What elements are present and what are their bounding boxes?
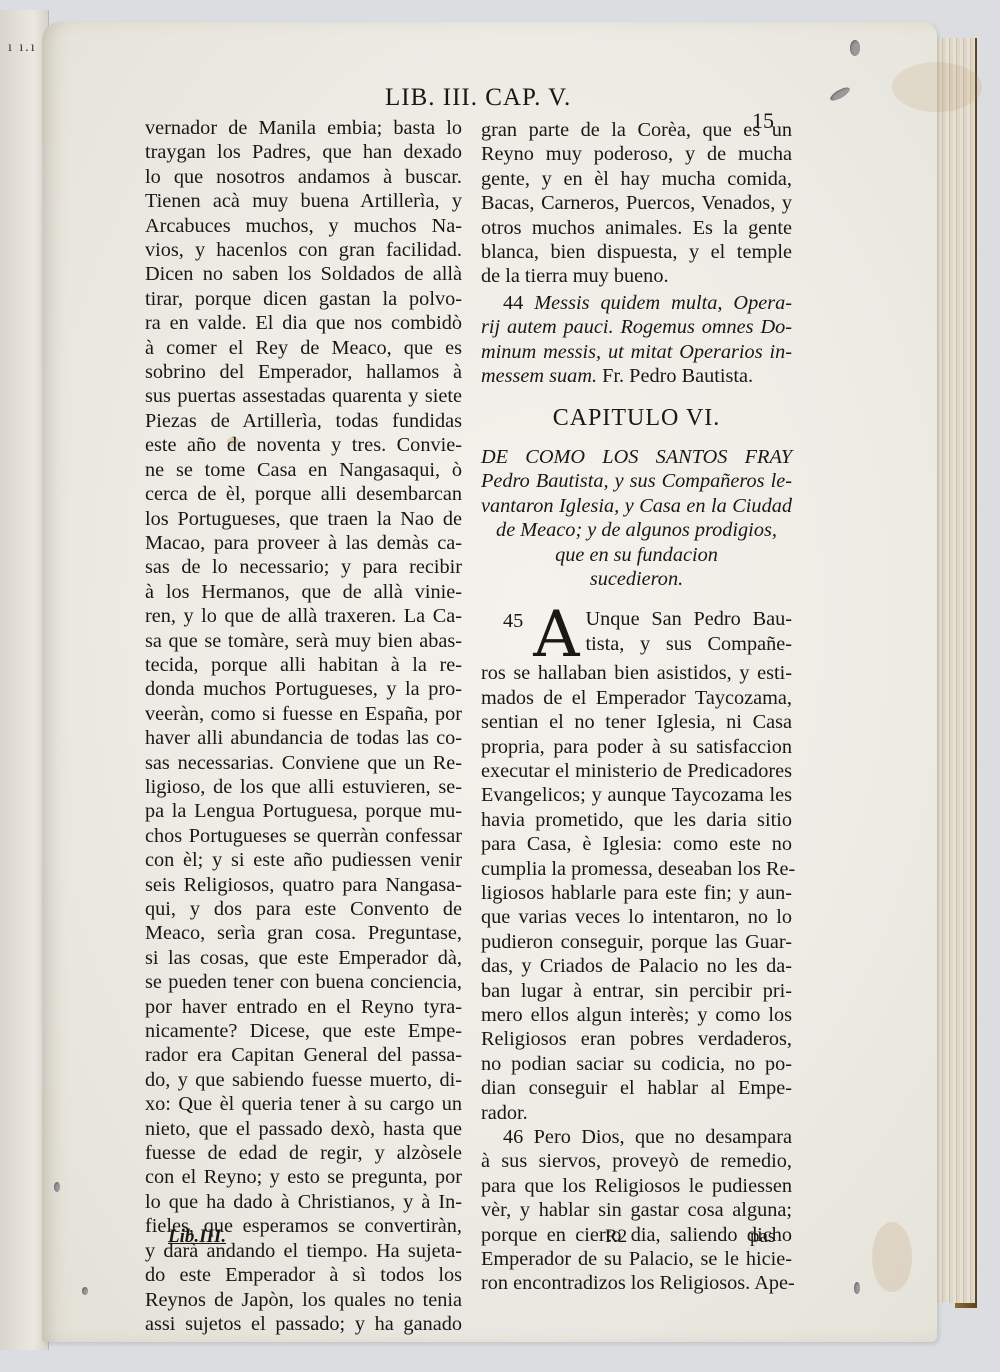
- text-line: propria, para poder à su satisfaccion: [481, 735, 792, 759]
- text-line: das, y Criados de Palacio no les da-: [481, 954, 792, 978]
- wormhole: [828, 85, 851, 103]
- text-line: por haver entrado en el Reyno tyra-: [145, 995, 462, 1019]
- wormhole: [854, 1282, 860, 1294]
- text-line: dian conseguir el hablar al Empe-: [481, 1076, 792, 1100]
- text-line: blanca, bien dispuesta, y el temple: [481, 240, 792, 264]
- wormhole: [54, 1182, 60, 1192]
- text-line: donda muchos Portugueses, y la pro-: [145, 677, 462, 701]
- text-line: Dicen no saben los Soldados de allà: [145, 262, 462, 286]
- text-line: Reynos de Japòn, los quales no tenia: [145, 1288, 462, 1312]
- text-line: de la tierra muy bueno.: [481, 264, 792, 288]
- text-line: chos Portugueses se querràn confessar: [145, 824, 462, 848]
- text-line: sus puertas assestadas quarenta y siete: [145, 384, 462, 408]
- text-line: haver alli abundancia de todas las co-: [145, 726, 462, 750]
- text-line: sas necessarias. Conviene que un Re-: [145, 751, 462, 775]
- dropcap-block: 45 A Unque San Pedro Bau- tista, y sus C…: [481, 607, 792, 661]
- text-line: Emperador de su Palacio, se le hicie-: [481, 1247, 792, 1271]
- text-line: tirar, porque dicen gastan la polvo-: [145, 287, 462, 311]
- text-line: Bacas, Carneros, Puercos, Venados, y: [481, 191, 792, 215]
- wormhole: [850, 40, 860, 56]
- text-line: cerca de èl, porque alli desembarcan: [145, 482, 462, 506]
- text-line: mados de el Emperador Taycozama,: [481, 686, 792, 710]
- left-column: vernador de Manila embia; basta lotrayga…: [145, 116, 462, 1336]
- text-line: ren, y lo que de allà traxeren. La Ca-: [145, 604, 462, 628]
- text-line: rador era Capitan General del passa-: [145, 1043, 462, 1067]
- text-line: sa que se tomàre, serà muy bien abas-: [145, 629, 462, 653]
- text-line: ra en valde. El dia que nos combidò: [145, 311, 462, 335]
- text-line: nieto, que el passado dexò, hasta que: [145, 1117, 462, 1141]
- text-line: lo que nosotros andamos à buscar.: [145, 165, 462, 189]
- text-line: rador.: [481, 1101, 792, 1125]
- text-line: seis Religiosos, quatro para Nangasa-: [145, 873, 462, 897]
- text-line: vernador de Manila embia; basta lo: [145, 116, 462, 140]
- text-line: para que los Religiosos le pudiessen: [481, 1174, 792, 1198]
- text-line: sucedieron.: [481, 567, 792, 591]
- text-line: gente, y en èl hay mucha comida,: [481, 167, 792, 191]
- text-line: do, y que sabiendo fuesse muerto, di-: [145, 1068, 462, 1092]
- footer-signature: R2: [605, 1226, 627, 1248]
- chapter-summary: DE COMO LOS SANTOS FRAYPedro Bautista, y…: [481, 445, 792, 591]
- text-line: Reyno muy poderoso, y de mucha: [481, 142, 792, 166]
- para45-body: ros se hallaban bien asistidos, y esti-m…: [481, 661, 792, 1125]
- text-line: ne se tome Casa en Nangasaqui, ò: [145, 458, 462, 482]
- text-line: se pueden tener con buena conciencia,: [145, 970, 462, 994]
- text-line: à sus siervos, proveyò de remedio,: [481, 1149, 792, 1173]
- footer-catchword: pas: [750, 1226, 775, 1248]
- paragraph-46: 46 Pero Dios, que no desampara à sus sie…: [481, 1125, 792, 1296]
- text-line: vèr, y hablar sin gastar cosa alguna;: [481, 1198, 792, 1222]
- text-line: Evangelicos; y aunque Taycozama les: [481, 783, 792, 807]
- para46-body: à sus siervos, proveyò de remedio,para q…: [481, 1149, 792, 1295]
- text-line: à los Hermanos, que de allà vinie-: [145, 580, 462, 604]
- text-line: pudieron conseguir, porque las Guar-: [481, 930, 792, 954]
- text-line: qui, y dos para este Convento de: [145, 897, 462, 921]
- text-line: xo: Que èl queria tener à su cargo un: [145, 1092, 462, 1116]
- text-line: assi sujetos el passado; y ha ganado: [145, 1312, 462, 1336]
- text-line: los Portugueses, que traen la Nao de: [145, 507, 462, 531]
- text-line: havia prometido, que les daria sitio: [481, 808, 792, 832]
- text-line: otros muchos animales. Es la gente: [481, 216, 792, 240]
- text-line: ban lugar à entrar, sin percibir pri-: [481, 979, 792, 1003]
- intro-paragraph: gran parte de la Corèa, que es unReyno m…: [481, 118, 792, 289]
- text-line: do este Emperador à sì todos los: [145, 1263, 462, 1287]
- text-line: este año de noventa y tres. Convie-: [145, 433, 462, 457]
- text-line: Piezas de Artillerìa, todas fundidas: [145, 409, 462, 433]
- text-line: vantaron Iglesia, y Casa en la Ciudad: [481, 494, 792, 518]
- paragraph-44: 44 Messis quidem multa, Opera- rij autem…: [481, 291, 792, 389]
- footer-book-mark: Lib.III.: [168, 1226, 226, 1248]
- text-line: sas de lo necessario; y para recibir: [145, 555, 462, 579]
- text-line: Pedro Bautista, y sus Compañeros le-: [481, 469, 792, 493]
- para44-line-1: 44 Messis quidem multa, Opera-: [481, 291, 792, 315]
- text-line: mero ellos algun interès; y como los: [481, 1003, 792, 1027]
- para44-line: messem suam. Fr. Pedro Bautista.: [481, 364, 792, 388]
- wormhole: [82, 1287, 88, 1295]
- text-line: Macao, para proveer à las demàs ca-: [145, 531, 462, 555]
- para44-line: minum messis, ut mitat Operarios in-: [481, 340, 792, 364]
- text-line: Tienen acà muy buena Artillerìa, y: [145, 189, 462, 213]
- text-line: ligiosos hablarle para este fin; y aun-: [481, 881, 792, 905]
- foxing-stain: [872, 1222, 912, 1292]
- text-line: traygan los Padres, que han dexado: [145, 140, 462, 164]
- text-line: que en su fundacion: [481, 543, 792, 567]
- text-line: cumplia la promessa, deseaban los Re-: [481, 857, 792, 881]
- text-line: si las cosas, que este Emperador dà,: [145, 946, 462, 970]
- text-line: à comer el Rey de Meaco, que es: [145, 336, 462, 360]
- text-line: veeràn, como si fuesse en España, por: [145, 702, 462, 726]
- wormholes: ı ı.ı: [8, 40, 37, 56]
- text-line: con el Reyno; y esto se pregunta, por: [145, 1165, 462, 1189]
- paragraph-number: 46: [481, 1126, 523, 1148]
- right-column: gran parte de la Corèa, que es unReyno m…: [481, 118, 792, 1296]
- text-line: con èl; y si este año pudiessen venir: [145, 848, 462, 872]
- text-line: sobrino del Emperador, hallamos à: [145, 360, 462, 384]
- foxing-stain: [892, 62, 982, 112]
- text-line: ros se hallaban bien asistidos, y esti-: [481, 661, 792, 685]
- paragraph-number: 44: [481, 292, 523, 314]
- drop-cap: A: [533, 609, 579, 661]
- text-line: que varias veces lo intentaron, no lo: [481, 905, 792, 929]
- paragraph-45: 45 A Unque San Pedro Bau- tista, y sus C…: [481, 607, 792, 1125]
- text-line: sentian el no tener Iglesia, ni Casa: [481, 710, 792, 734]
- text-line: no podian saciar su codicia, no po-: [481, 1052, 792, 1076]
- text-line: executar el ministerio de Predicadores: [481, 759, 792, 783]
- text-line: gran parte de la Corèa, que es un: [481, 118, 792, 142]
- text-line: DE COMO LOS SANTOS FRAY: [481, 445, 792, 469]
- text-line: porque en cierto dia, saliendo dicho: [481, 1223, 792, 1247]
- text-line: ligioso, de los que alli estuvieren, se-: [145, 775, 462, 799]
- text-line: Meaco, serìa gran cosa. Preguntase,: [145, 921, 462, 945]
- chapter-title: CAPITULO VI.: [481, 406, 792, 430]
- text-line: pa la Lengua Portuguesa, porque mu-: [145, 799, 462, 823]
- text-line: vios, y hacenlos con gran facilidad.: [145, 238, 462, 262]
- running-head: LIB. III. CAP. V.: [385, 84, 571, 112]
- text-line: para Casa, è Iglesia: como este no: [481, 832, 792, 856]
- text-line: ron encontradizos los Religiosos. Ape-: [481, 1271, 792, 1295]
- text-line: Arcabuces muchos, y muchos Na-: [145, 214, 462, 238]
- signoff: Fr. Pedro Bautista.: [602, 365, 753, 387]
- text-line: Religiosos eran pobres verdaderos,: [481, 1027, 792, 1051]
- text-line: tecida, porque alli habitan à la re-: [145, 653, 462, 677]
- para44-line: rij autem pauci. Rogemus omnes Do-: [481, 315, 792, 339]
- text-line: de Meaco; y de algunos prodigios,: [481, 518, 792, 542]
- text-line: nicamente? Dicese, que este Empe-: [145, 1019, 462, 1043]
- text-line: lo que ha dado à Christianos, y à In-: [145, 1190, 462, 1214]
- paragraph-number: 45: [503, 609, 523, 633]
- text-line: fuesse de edad de regir, y alzòsele: [145, 1141, 462, 1165]
